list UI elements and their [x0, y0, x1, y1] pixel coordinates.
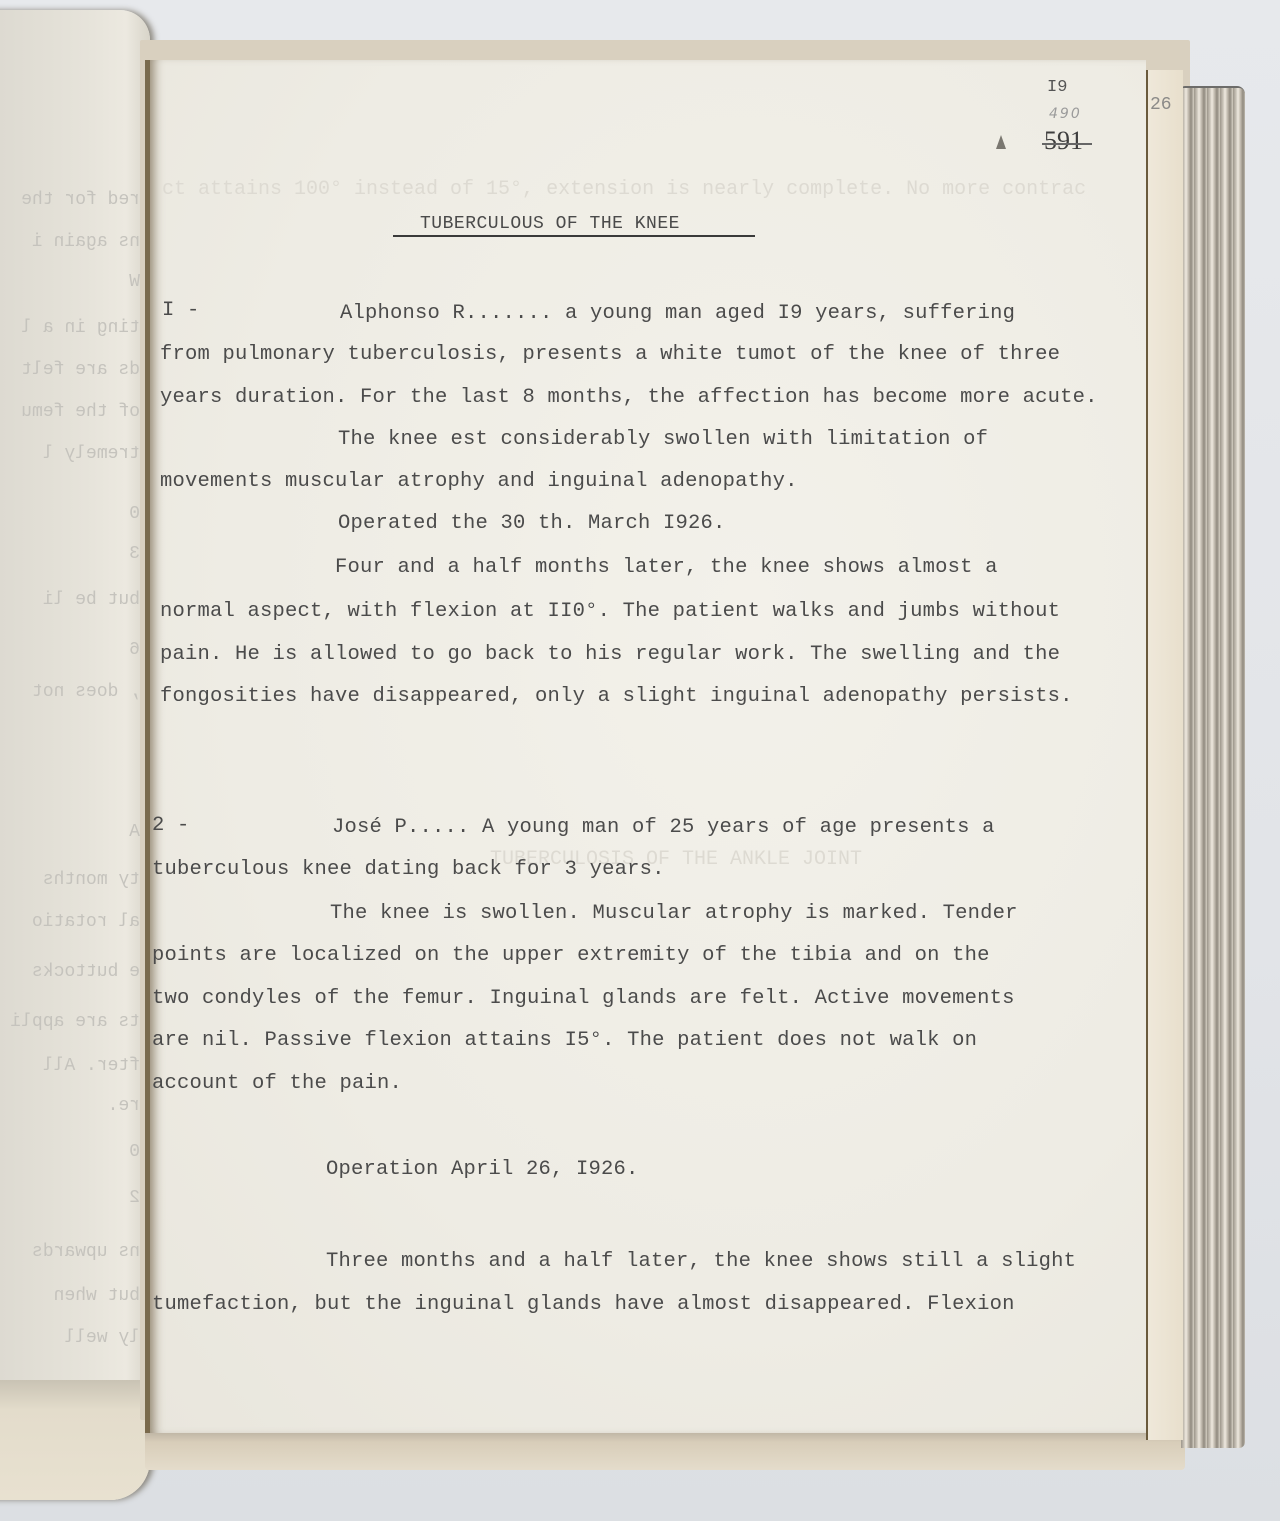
page-number: 591 [1044, 126, 1083, 156]
case-text-line: Four and a half months later, the knee s… [335, 556, 998, 579]
ghost-text: ly well [64, 1328, 140, 1348]
ghost-text: ns upwards [32, 1242, 140, 1262]
typed-page [150, 60, 1146, 1433]
page-number-strikethrough [1042, 143, 1092, 145]
bleed-through-text: ct attains 100° instead of 15°, extensio… [162, 178, 1086, 201]
ghost-text: ds are felt [21, 360, 140, 380]
ghost-text: ns again i [32, 232, 140, 252]
left-facing-page: red for the ns again i W ting in a l ds … [0, 10, 150, 1500]
ghost-text: fter. All [43, 1056, 140, 1076]
case-text-line: Alphonso R....... a young man aged I9 ye… [340, 302, 1015, 325]
case-label: 2 - [152, 814, 190, 837]
section-number: I9 [1047, 78, 1067, 97]
case-text-line: tuberculous knee dating back for 3 years… [152, 858, 665, 881]
case-text-line: Operation April 26, I926. [326, 1158, 639, 1181]
case-text-line: tumefaction, but the inguinal glands hav… [152, 1293, 1015, 1316]
case-text-line: José P..... A young man of 25 years of a… [332, 816, 995, 839]
backing-board-bottom-edge [145, 1430, 1185, 1470]
ghost-text: 3 [129, 544, 140, 564]
ghost-text: A [129, 822, 140, 842]
binding-tab-number: 26 [1150, 96, 1172, 114]
ghost-text: e buttocks [32, 962, 140, 982]
ghost-text: but be li [43, 590, 140, 610]
case-text-line: The knee is swollen. Muscular atrophy is… [330, 902, 1018, 925]
case-text-line: normal aspect, with flexion at II0°. The… [160, 600, 1060, 623]
binding-tab [1146, 70, 1183, 1440]
case-text-line: account of the pain. [152, 1072, 402, 1095]
stacked-page-edges [1181, 88, 1245, 1448]
case-text-line: pain. He is allowed to go back to his re… [160, 643, 1060, 666]
case-text-line: years duration. For the last 8 months, t… [160, 386, 1098, 409]
pencil-page-number: 490 [1049, 106, 1082, 122]
ghost-text: W [129, 272, 140, 292]
ghost-text: of the femu [21, 402, 140, 422]
ghost-text: 0 [129, 1142, 140, 1162]
case-label: I - [162, 299, 200, 322]
ghost-text: ts are appli [10, 1012, 140, 1032]
ghost-text: 6 [129, 640, 140, 660]
case-text-line: Operated the 30 th. March I926. [338, 512, 726, 535]
case-text-line: two condyles of the femur. Inguinal glan… [152, 987, 1015, 1010]
ghost-text: , does not [32, 682, 140, 702]
title-underline [393, 235, 755, 237]
case-text-line: The knee est considerably swollen with l… [338, 428, 988, 451]
ghost-text: ty months [43, 870, 140, 890]
left-page-curl [0, 1380, 150, 1500]
ghost-text: re. [108, 1096, 140, 1116]
ghost-text: 2 [129, 1188, 140, 1208]
document-title: TUBERCULOUS OF THE KNEE [420, 214, 680, 234]
case-text-line: fongosities have disappeared, only a sli… [160, 685, 1073, 708]
case-text-line: Three months and a half later, the knee … [326, 1250, 1076, 1273]
case-text-line: movements muscular atrophy and inguinal … [160, 470, 798, 493]
case-text-line: are nil. Passive flexion attains I5°. Th… [152, 1029, 977, 1052]
ghost-text: 0 [129, 504, 140, 524]
case-text-line: from pulmonary tuberculosis, presents a … [160, 343, 1060, 366]
ghost-text: but when [54, 1286, 140, 1306]
ghost-text: al rotatio [32, 912, 140, 932]
ghost-text: red for the [21, 190, 140, 210]
ghost-text: tremely l [43, 444, 140, 464]
ghost-text: ting in a l [21, 318, 140, 338]
case-text-line: points are localized on the upper extrem… [152, 944, 990, 967]
